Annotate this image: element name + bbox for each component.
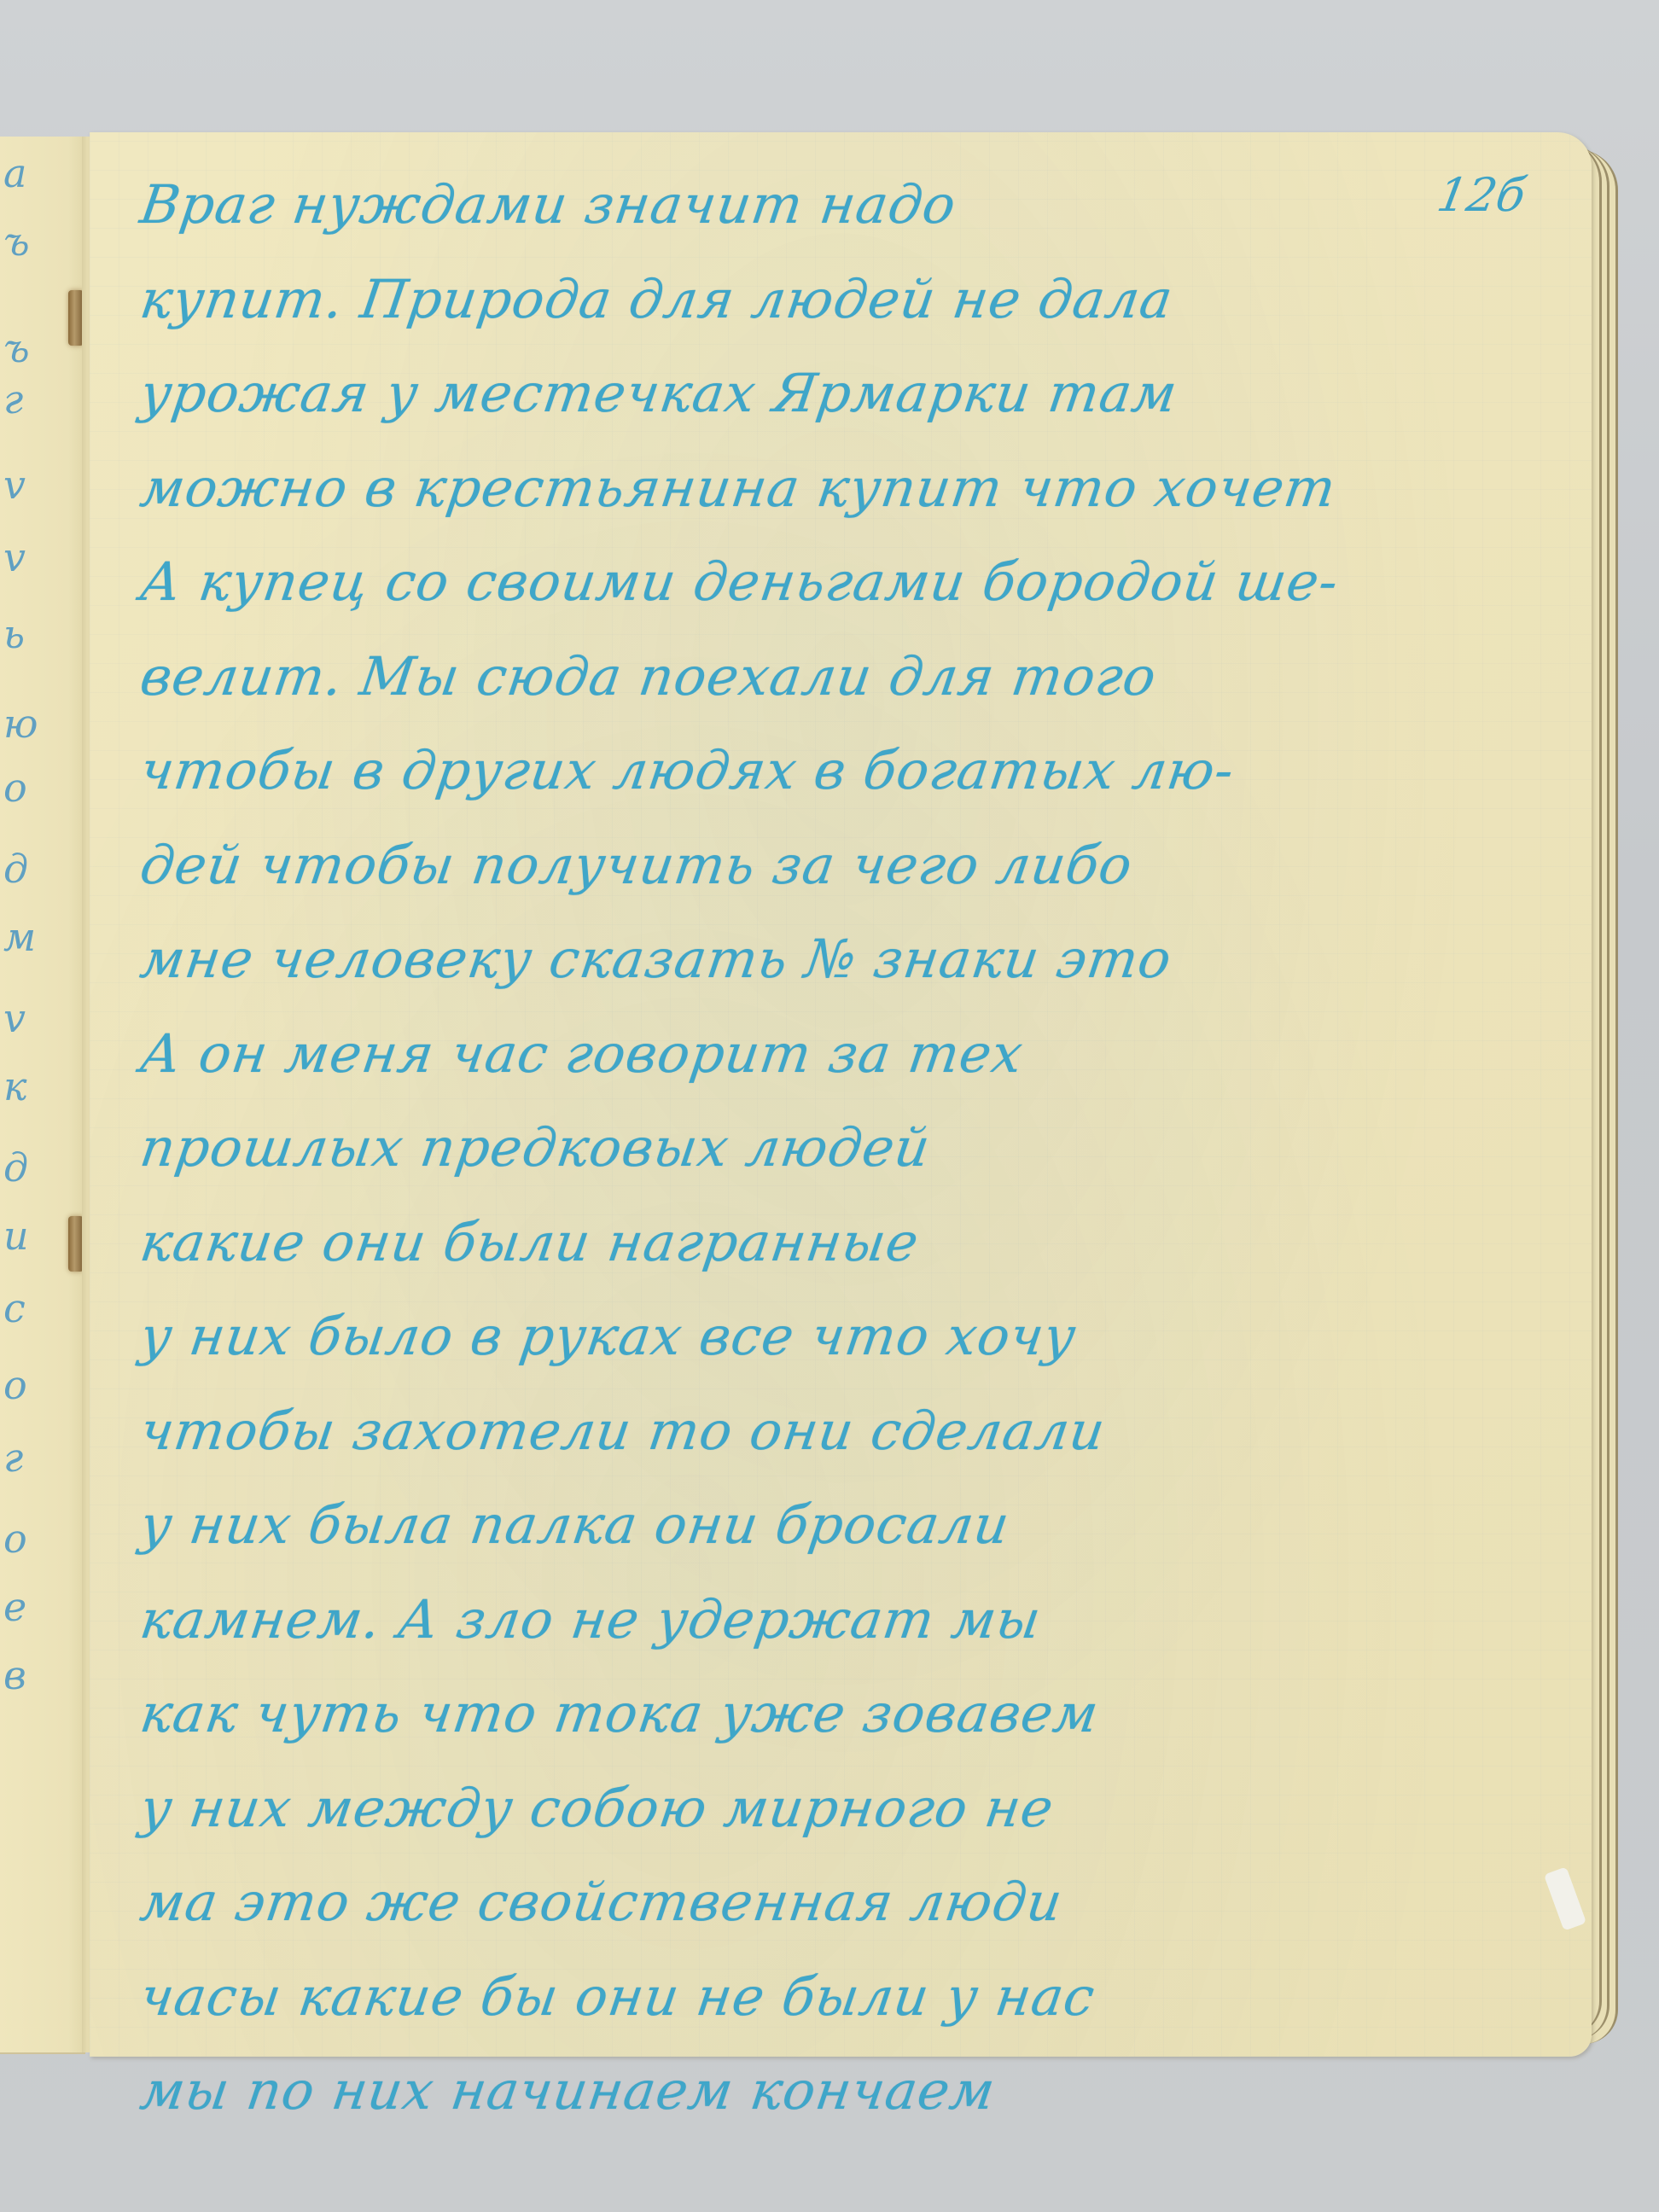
text-line: у них была палка они бросали — [134, 1478, 1513, 1573]
left-fragment: м — [3, 917, 36, 957]
left-fragment: в — [3, 1656, 26, 1695]
left-fragment: е — [3, 1587, 26, 1627]
text-line: ма это же свойственная люди — [134, 1855, 1513, 1950]
text-line: Враг нуждами значит надо — [134, 158, 1513, 253]
handwritten-text: Враг нуждами значит надо купит. Природа … — [141, 158, 1506, 2139]
text-line: прошлых предковых людей — [134, 1101, 1513, 1196]
text-line: дей чтобы получить за чего либо — [134, 818, 1513, 913]
text-line: можно в крестьянина купит что хочет — [134, 441, 1513, 536]
left-fragment: к — [3, 1067, 26, 1106]
text-line: А купец со своими деньгами бородой ше- — [134, 535, 1513, 630]
text-line: урожая у местечках Ярмарки там — [134, 346, 1513, 441]
text-line: у них между собою мирного не — [134, 1761, 1513, 1856]
left-fragment: а — [3, 154, 26, 193]
left-fragment: о — [3, 1365, 27, 1405]
left-fragment: ъ — [3, 329, 30, 368]
text-line: камнем. А зло не удержат мы — [134, 1573, 1513, 1668]
left-fragment: ъ — [3, 222, 30, 261]
text-line: мы по них начинаем кончаем — [134, 2044, 1513, 2139]
left-fragment: ь — [3, 614, 25, 654]
left-fragment: д — [3, 1148, 28, 1187]
text-line: чтобы захотели то они сделали — [134, 1384, 1513, 1479]
left-fragment: с — [3, 1289, 26, 1328]
left-fragment: v — [3, 465, 26, 504]
left-fragment: v — [3, 538, 26, 577]
text-line: часы какие бы они не были у нас — [134, 1950, 1513, 2045]
text-line: мне человеку сказать № знаки это — [134, 912, 1513, 1007]
text-line: купит. Природа для людей не дала — [134, 253, 1513, 347]
left-fragment: v — [3, 998, 26, 1038]
text-line: велит. Мы сюда поехали для того — [134, 630, 1513, 725]
left-fragment: о — [3, 768, 27, 807]
text-line: чтобы в других людях в богатых лю- — [134, 724, 1513, 818]
notebook-page: 12б Враг нуждами значит надо купит. Прир… — [90, 132, 1592, 2057]
left-fragment: г — [3, 380, 23, 419]
left-fragment: о — [3, 1519, 27, 1558]
left-fragment: г — [3, 1438, 23, 1477]
text-line: какие они были награнные — [134, 1196, 1513, 1290]
text-line: А он меня час говорит за тех — [134, 1007, 1513, 1102]
text-line: у них было в руках все что хочу — [134, 1289, 1513, 1384]
left-fragment: и — [3, 1216, 29, 1255]
left-page-edge: а ъ ъ г v v ь ю о д м v к д и с о г о е … — [0, 137, 85, 2054]
text-line: как чуть что тока уже зовавем — [134, 1667, 1513, 1761]
left-fragment: д — [3, 849, 28, 888]
left-fragment: ю — [3, 704, 38, 743]
